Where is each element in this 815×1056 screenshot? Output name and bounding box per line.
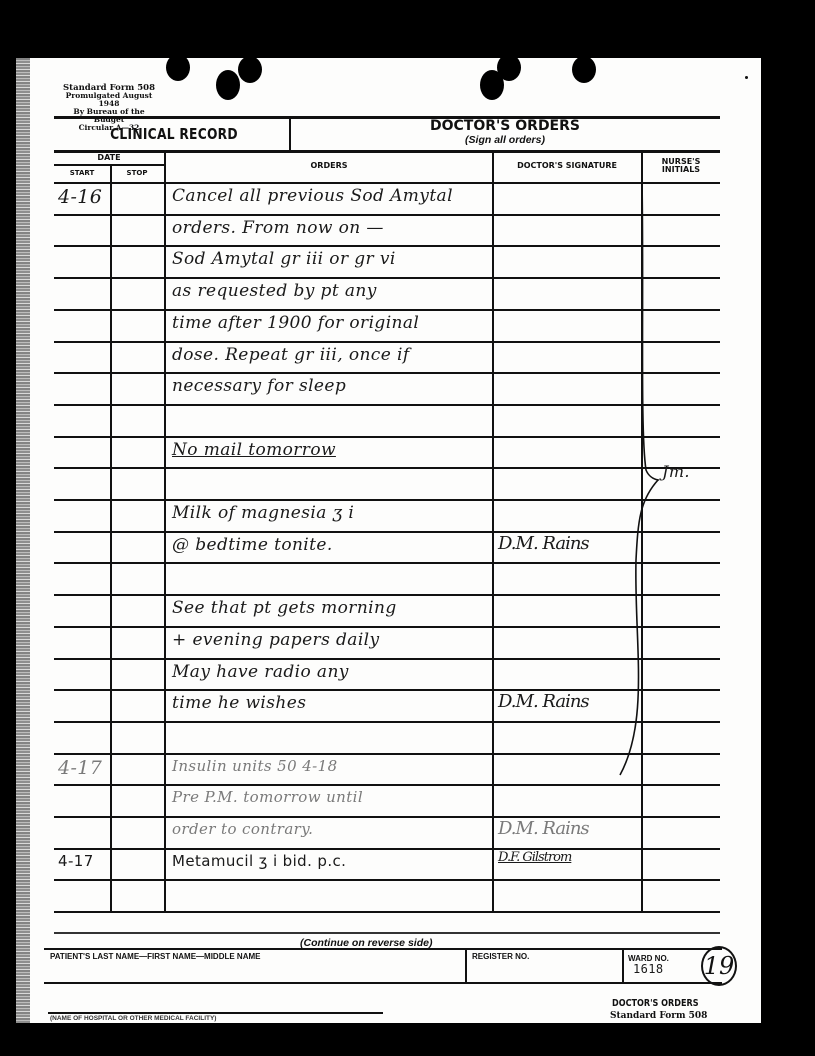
order-text: No mail tomorrow bbox=[172, 440, 336, 460]
register-number-label: REGISTER NO. bbox=[472, 952, 529, 961]
patient-name-label: PATIENT'S LAST NAME—FIRST NAME—MIDDLE NA… bbox=[50, 952, 261, 961]
hospital-rule bbox=[48, 1012, 383, 1014]
start-date: 4-17 bbox=[58, 852, 94, 870]
date-header: DATE bbox=[54, 152, 164, 164]
sign-all-orders-subtitle: (Sign all orders) bbox=[292, 134, 718, 146]
order-text: Metamucil ʒ i bid. p.c. bbox=[172, 852, 346, 870]
scan-edge bbox=[16, 58, 30, 1023]
punch-hole bbox=[166, 54, 190, 81]
order-text: orders. From now on — bbox=[172, 218, 384, 238]
footer-form-number: Standard Form 508 bbox=[610, 1011, 707, 1021]
order-text: dose. Repeat gr iii, once if bbox=[172, 345, 410, 365]
page-number-circle: 19 bbox=[701, 946, 737, 986]
column-rule bbox=[164, 150, 166, 911]
order-text: Milk of magnesia ʒ i bbox=[172, 503, 354, 523]
doctors-signature-header: DOCTOR'S SIGNATURE bbox=[493, 152, 641, 180]
start-date: 4-17 bbox=[58, 757, 102, 779]
doctor-signature: D.M. Rains bbox=[498, 818, 589, 839]
register-divider bbox=[465, 948, 467, 982]
row-rule bbox=[54, 816, 720, 818]
header-divider bbox=[289, 117, 291, 151]
doctor-signature: D.F. Gilstrom bbox=[498, 850, 571, 865]
punch-hole bbox=[238, 56, 262, 83]
punch-hole bbox=[572, 56, 596, 83]
patient-block-bottom-rule bbox=[44, 982, 722, 984]
row-rule bbox=[54, 848, 720, 850]
order-text: + evening papers daily bbox=[172, 630, 380, 650]
patient-block-top-rule bbox=[44, 948, 722, 950]
order-text: Sod Amytal gr iii or gr vi bbox=[172, 249, 396, 269]
row-rule bbox=[54, 911, 720, 913]
nurse-initials-mark: Jm. bbox=[662, 462, 690, 481]
row-rule bbox=[54, 879, 720, 881]
nurses-initials-header: NURSE'S INITIALS bbox=[642, 152, 720, 180]
column-rule bbox=[492, 150, 494, 911]
ward-number-value: 1618 bbox=[633, 962, 664, 976]
ward-divider bbox=[622, 948, 624, 982]
order-text: Pre P.M. tomorrow until bbox=[172, 788, 363, 806]
doctor-signature: D.M. Rains bbox=[498, 533, 589, 554]
orders-header: ORDERS bbox=[165, 152, 493, 180]
form-id-line: Promulgated August 1948 bbox=[58, 92, 160, 108]
order-text: order to contrary. bbox=[172, 820, 313, 838]
register-number-field[interactable] bbox=[472, 966, 612, 978]
order-text: See that pt gets morning bbox=[172, 598, 397, 618]
order-text: May have radio any bbox=[172, 662, 349, 682]
punch-hole bbox=[216, 70, 240, 100]
order-text: Insulin units 50 4-18 bbox=[172, 757, 338, 775]
start-header: START bbox=[54, 166, 110, 180]
order-text: Cancel all previous Sod Amytal bbox=[172, 186, 453, 206]
start-date: 4-16 bbox=[58, 186, 102, 208]
stop-header: STOP bbox=[110, 166, 164, 180]
punch-hole bbox=[497, 54, 521, 81]
row-rule bbox=[54, 784, 720, 786]
nurses-initials-line2: INITIALS bbox=[662, 166, 700, 174]
clinical-record-title: CLINICAL RECORD bbox=[79, 118, 269, 150]
order-text: time he wishes bbox=[172, 693, 306, 713]
column-rule bbox=[110, 164, 112, 911]
patient-name-field[interactable] bbox=[50, 964, 460, 978]
doctor-signature: D.M. Rains bbox=[498, 691, 589, 712]
doctors-orders-title: DOCTOR'S ORDERS bbox=[292, 118, 718, 134]
order-text: time after 1900 for original bbox=[172, 313, 419, 333]
order-text: @ bedtime tonite. bbox=[172, 535, 333, 555]
table-bottom-rule bbox=[54, 932, 720, 934]
footer-form-title: DOCTOR'S ORDERS bbox=[612, 998, 699, 1009]
order-text: as requested by pt any bbox=[172, 281, 377, 301]
order-text: necessary for sleep bbox=[172, 376, 346, 396]
scan-speck bbox=[745, 76, 748, 79]
hospital-name-label: (NAME OF HOSPITAL OR OTHER MEDICAL FACIL… bbox=[50, 1015, 216, 1022]
